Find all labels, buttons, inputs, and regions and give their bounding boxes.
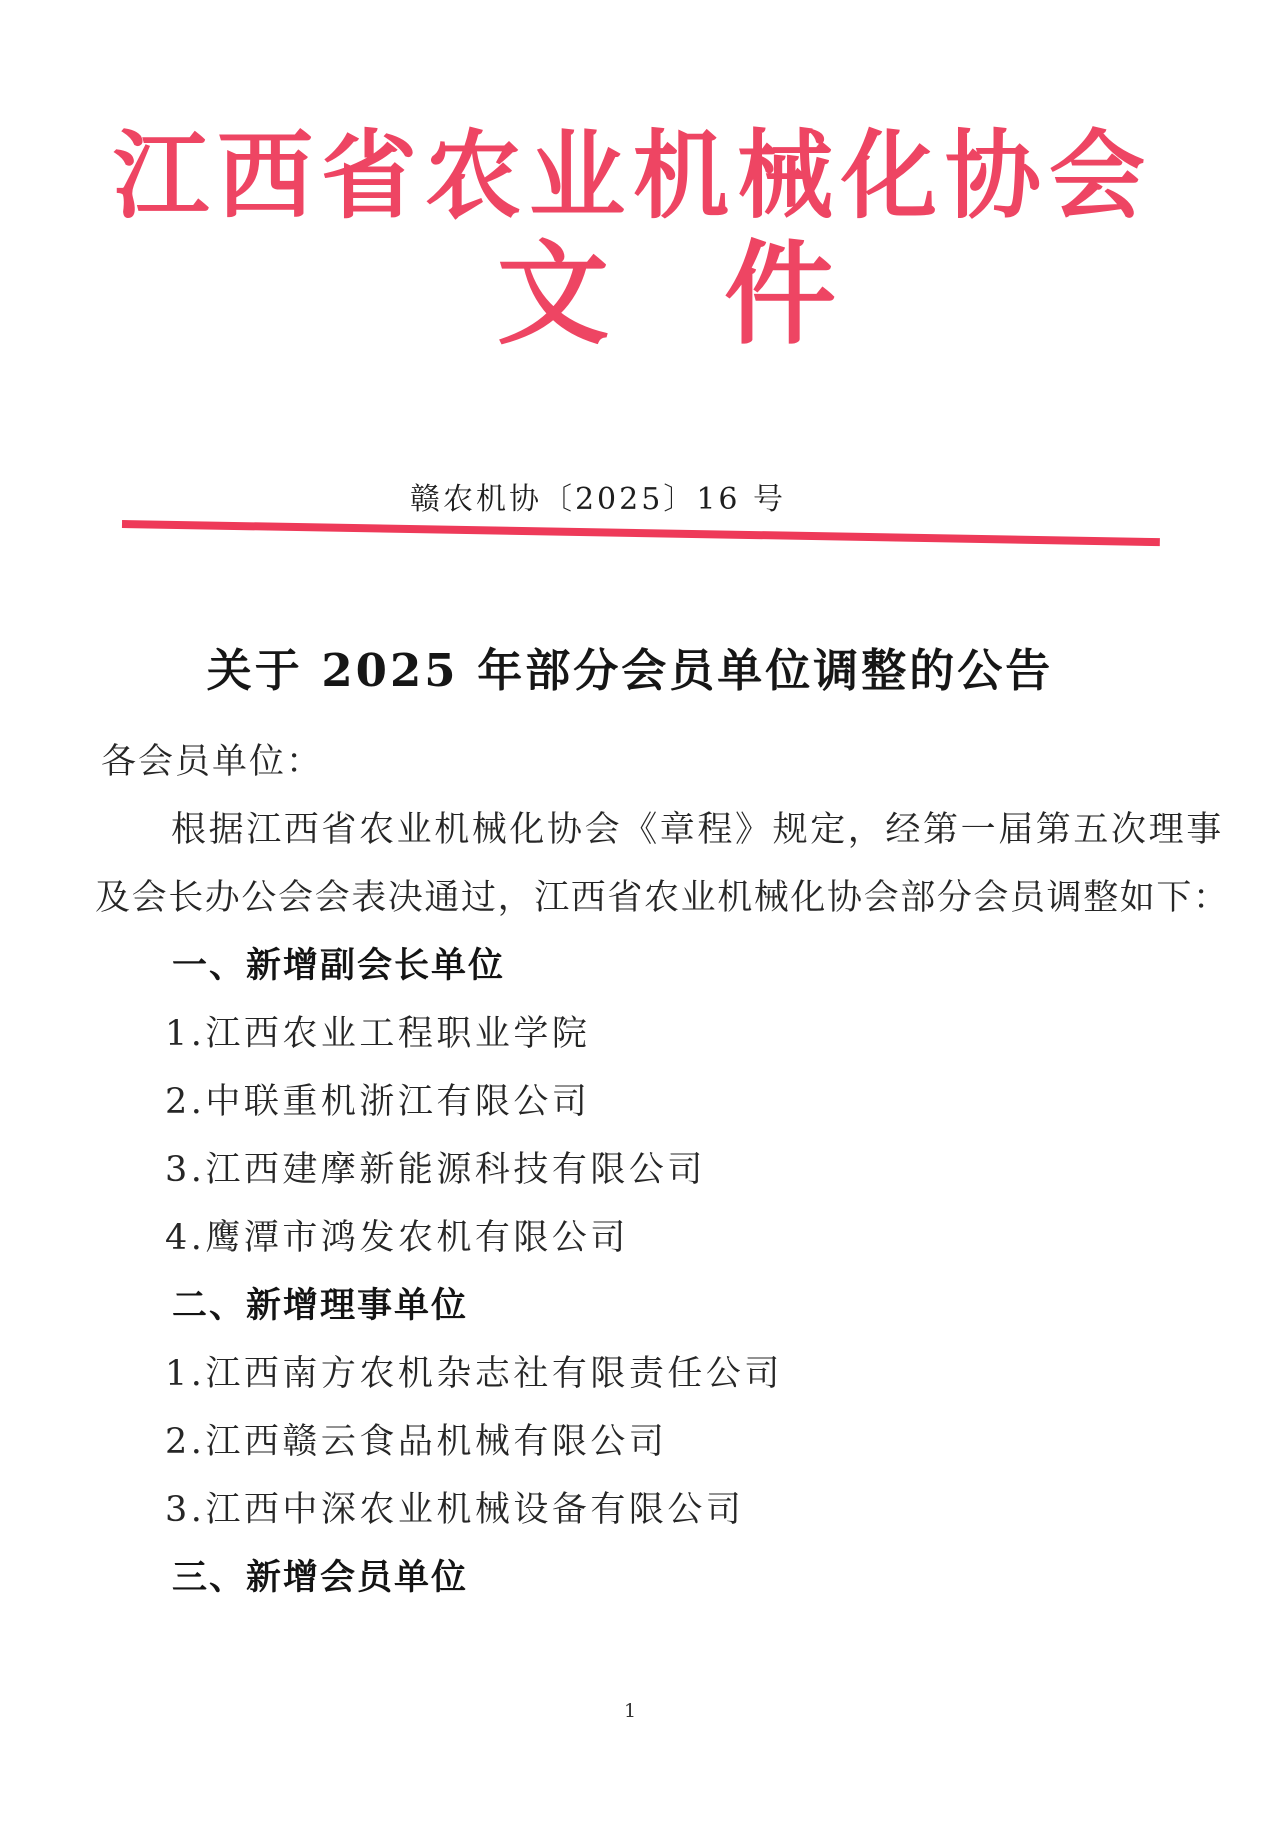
letterhead-doc-type: 文 件: [497, 228, 874, 362]
doc-number: 赣农机协〔2025〕16 号: [0, 474, 1196, 518]
section-1-item-2: 2.中联重机浙江有限公司: [95, 1068, 1200, 1136]
document-body: 各会员单位： 根据江西省农业机械化协会《章程》规定，经第一届第五次理事 及会长办…: [95, 728, 1200, 1612]
section-2-item-2: 2.江西赣云食品机械有限公司: [95, 1408, 1200, 1476]
document-page: 江西省农业机械化协会 文 件 赣农机协〔2025〕16 号 关于 2025 年部…: [0, 0, 1280, 1823]
section-1-item-4: 4.鹰潭市鸿发农机有限公司: [95, 1204, 1200, 1272]
document-title: 关于 2025 年部分会员单位调整的公告: [0, 634, 1260, 699]
section-3-heading: 三、新增会员单位: [95, 1544, 1200, 1612]
page-number: 1: [610, 1700, 650, 1722]
section-2-heading: 二、新增理事单位: [95, 1272, 1200, 1340]
section-1-heading: 一、新增副会长单位: [95, 932, 1200, 1000]
red-separator-line: [122, 520, 1160, 546]
section-2-item-1: 1.江西南方农机杂志社有限责任公司: [95, 1340, 1200, 1408]
section-1-item-1: 1.江西农业工程职业学院: [95, 1000, 1200, 1068]
salutation: 各会员单位：: [95, 728, 1200, 796]
intro-paragraph-line-1: 根据江西省农业机械化协会《章程》规定，经第一届第五次理事: [95, 796, 1200, 864]
section-1-item-3: 3.江西建摩新能源科技有限公司: [95, 1136, 1200, 1204]
section-2-item-3: 3.江西中深农业机械设备有限公司: [95, 1476, 1200, 1544]
intro-paragraph-line-2: 及会长办公会会表决通过，江西省农业机械化协会部分会员调整如下：: [95, 864, 1200, 932]
letterhead-org-name: 江西省农业机械化协会: [113, 118, 1053, 233]
